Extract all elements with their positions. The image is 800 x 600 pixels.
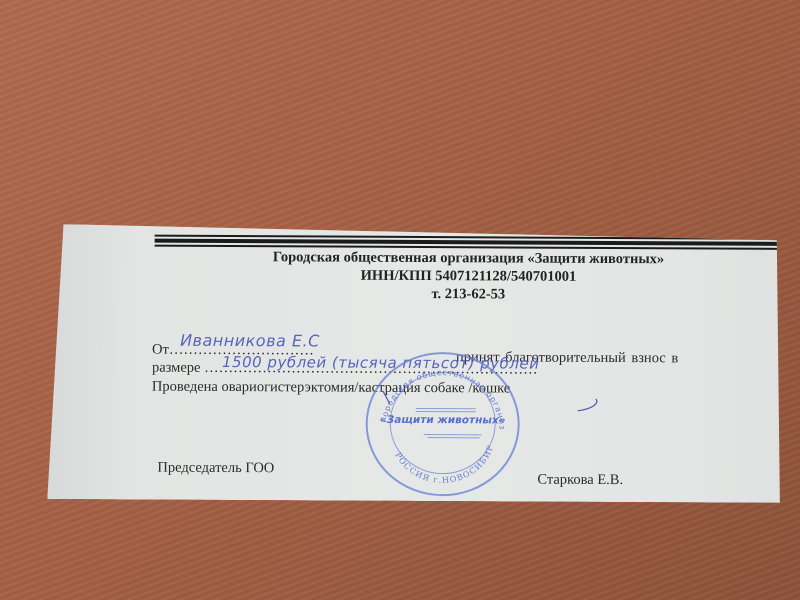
organization-stamp: Городская общественная организация РОССИ… (365, 352, 520, 497)
from-label: От (152, 342, 169, 358)
amount-label: размере (152, 360, 201, 376)
stamp-center-text: «Защити животных» (368, 414, 518, 427)
organization-name: Городская общественная организация «Защи… (149, 249, 789, 269)
signature-title: Председатель ГОО (157, 460, 274, 478)
donor-name-handwritten: Иванникова Е.С (180, 331, 320, 351)
phone-number: т. 213-62-53 (148, 285, 788, 305)
receipt-paper: Городская общественная организация «Защи… (47, 224, 788, 503)
inn-kpp: ИНН/КПП 5407121128/540701001 (148, 267, 788, 287)
signature-name: Старкова Е.В. (537, 472, 623, 489)
